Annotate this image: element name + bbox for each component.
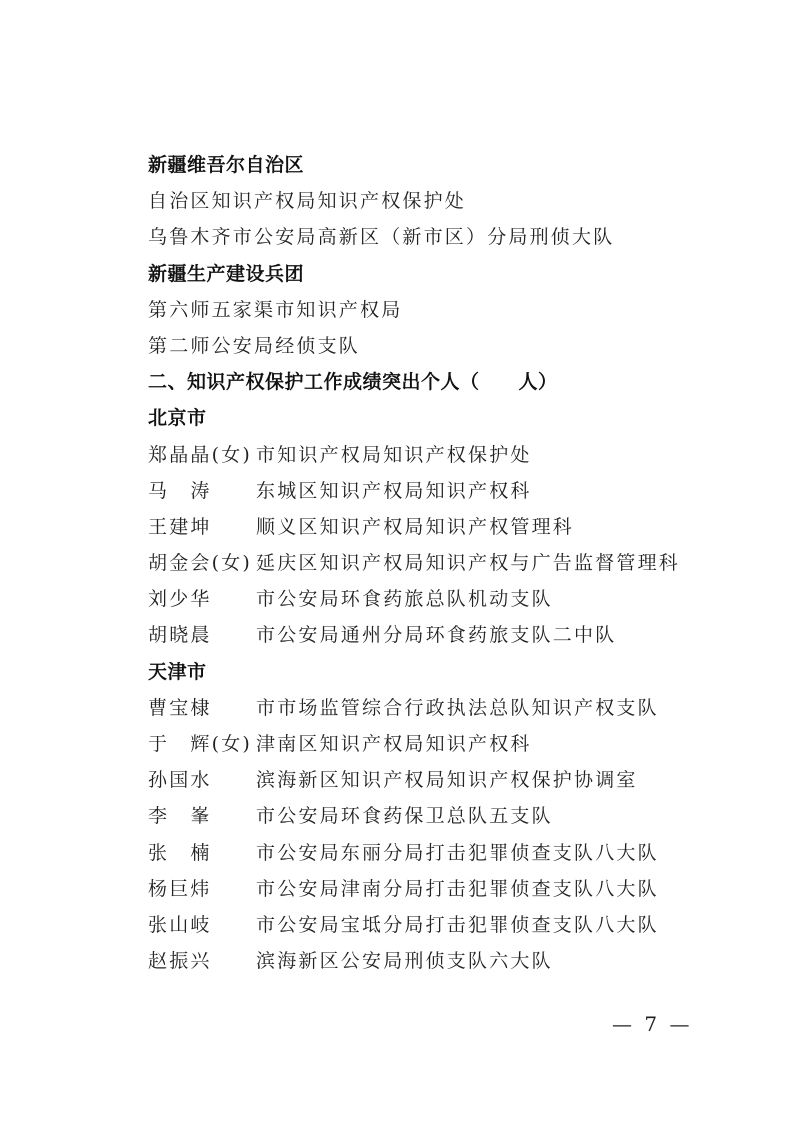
person-name: 王建坤 [148, 509, 256, 545]
person-unit: 市市场监管综合行政执法总队知识产权支队 [256, 690, 659, 726]
section-heading-xinjiang: 新疆维吾尔自治区 [148, 147, 708, 183]
person-row: 郑晶晶(女) 市知识产权局知识产权保护处 [148, 437, 708, 473]
person-name: 孙国水 [148, 762, 256, 798]
person-unit: 市公安局环食药保卫总队五支队 [256, 798, 553, 834]
person-row: 胡晓晨 市公安局通州分局环食药旅支队二中队 [148, 617, 708, 653]
person-row: 王建坤 顺义区知识产权局知识产权管理科 [148, 509, 708, 545]
person-unit: 市公安局环食药旅总队机动支队 [256, 581, 553, 617]
unit-line: 第六师五家渠市知识产权局 [148, 292, 708, 328]
person-unit: 延庆区知识产权局知识产权与广告监督管理科 [256, 545, 680, 581]
person-name: 张 楠 [148, 835, 256, 871]
person-unit: 顺义区知识产权局知识产权管理科 [256, 509, 574, 545]
person-name: 马 涛 [148, 473, 256, 509]
region-heading-tianjin: 天津市 [148, 654, 708, 690]
person-row: 胡金会(女) 延庆区知识产权局知识产权与广告监督管理科 [148, 545, 708, 581]
person-unit: 市公安局宝坻分局打击犯罪侦查支队八大队 [256, 907, 659, 943]
person-row: 赵振兴 滨海新区公安局刑侦支队六大队 [148, 943, 708, 979]
person-name: 于 辉(女) [148, 726, 256, 762]
person-name: 杨巨炜 [148, 871, 256, 907]
person-row: 孙国水 滨海新区知识产权局知识产权保护协调室 [148, 762, 708, 798]
person-unit: 市公安局通州分局环食药旅支队二中队 [256, 617, 616, 653]
person-row: 张山岐 市公安局宝坻分局打击犯罪侦查支队八大队 [148, 907, 708, 943]
unit-line: 乌鲁木齐市公安局高新区（新市区）分局刑侦大队 [148, 219, 708, 255]
person-name: 张山岐 [148, 907, 256, 943]
person-row: 马 涛 东城区知识产权局知识产权科 [148, 473, 708, 509]
person-name: 胡晓晨 [148, 617, 256, 653]
person-name: 李 峯 [148, 798, 256, 834]
person-name: 曹宝棣 [148, 690, 256, 726]
person-name: 赵振兴 [148, 943, 256, 979]
person-unit: 滨海新区公安局刑侦支队六大队 [256, 943, 553, 979]
unit-line: 自治区知识产权局知识产权保护处 [148, 183, 708, 219]
person-unit: 津南区知识产权局知识产权科 [256, 726, 532, 762]
person-row: 曹宝棣 市市场监管综合行政执法总队知识产权支队 [148, 690, 708, 726]
unit-line: 第二师公安局经侦支队 [148, 328, 708, 364]
person-name: 刘少华 [148, 581, 256, 617]
person-row: 于 辉(女) 津南区知识产权局知识产权科 [148, 726, 708, 762]
person-name: 胡金会(女) [148, 545, 256, 581]
person-row: 李 峯 市公安局环食药保卫总队五支队 [148, 798, 708, 834]
person-unit: 滨海新区知识产权局知识产权保护协调室 [256, 762, 638, 798]
person-unit: 市公安局津南分局打击犯罪侦查支队八大队 [256, 871, 659, 907]
section-heading-bingtuan: 新疆生产建设兵团 [148, 256, 708, 292]
person-unit: 市知识产权局知识产权保护处 [256, 437, 532, 473]
page-number: — 7 — [612, 1012, 692, 1036]
person-row: 杨巨炜 市公安局津南分局打击犯罪侦查支队八大队 [148, 871, 708, 907]
person-unit: 市公安局东丽分局打击犯罪侦查支队八大队 [256, 835, 659, 871]
document-page: 新疆维吾尔自治区 自治区知识产权局知识产权保护处 乌鲁木齐市公安局高新区（新市区… [148, 147, 708, 979]
person-unit: 东城区知识产权局知识产权科 [256, 473, 532, 509]
person-name: 郑晶晶(女) [148, 437, 256, 473]
person-row: 刘少华 市公安局环食药旅总队机动支队 [148, 581, 708, 617]
region-heading-beijing: 北京市 [148, 400, 708, 436]
part-two-heading: 二、知识产权保护工作成绩突出个人（ 人） [148, 364, 708, 400]
person-row: 张 楠 市公安局东丽分局打击犯罪侦查支队八大队 [148, 835, 708, 871]
